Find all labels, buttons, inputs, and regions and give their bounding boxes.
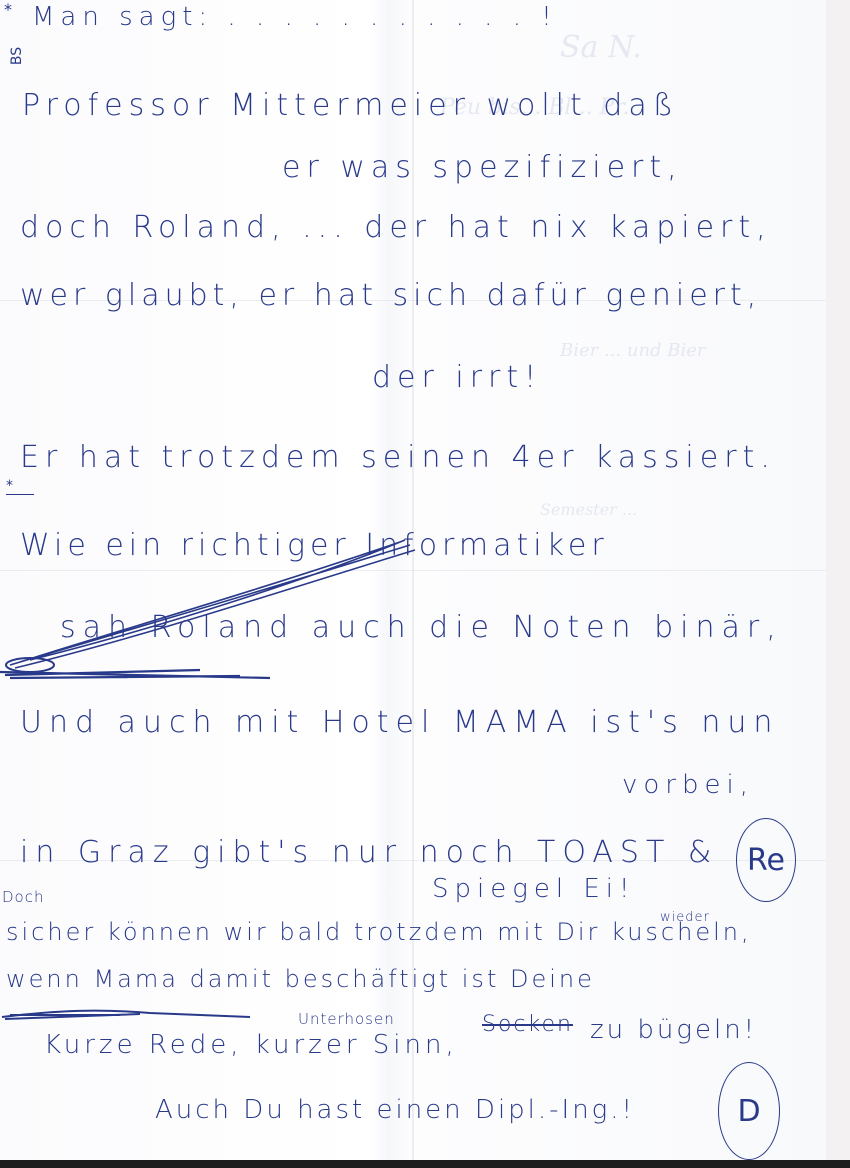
poem-line-7: Er hat trotzdem seinen 4er kassiert. bbox=[20, 440, 776, 475]
poem-line-15: wenn Mama damit beschäftigt ist Deine bbox=[6, 965, 595, 993]
show-through-text: Bier ... und Bier bbox=[560, 340, 706, 361]
asterisk-mark: * bbox=[4, 0, 12, 19]
poem-line-16-end: zu bügeln! bbox=[590, 1015, 757, 1045]
poem-line-2: Professor Mittermeier wollt daß bbox=[22, 88, 679, 123]
asterisk-mark: * bbox=[6, 478, 34, 495]
poem-line-3: er was spezifiziert, bbox=[282, 150, 683, 185]
crossout-scribble bbox=[0, 530, 640, 690]
poem-line-10: Und auch mit Hotel MAMA ist's nun bbox=[20, 705, 779, 740]
insertion-unterhosen: Unterhosen bbox=[298, 1010, 395, 1028]
poem-line-6: der irrt! bbox=[372, 360, 542, 395]
initials-mark: BS bbox=[9, 47, 25, 65]
scan-border bbox=[0, 1160, 850, 1168]
poem-line-14: sicher können wir bald trotzdem mit Dir … bbox=[6, 918, 752, 946]
poem-line-1: Man sagt: . . . . . . . . . . . ! bbox=[32, 2, 558, 32]
crossout-line bbox=[0, 1005, 260, 1025]
struck-word-socken: Socken bbox=[482, 1012, 573, 1037]
circled-d-mark: D bbox=[718, 1062, 780, 1160]
poem-line-12: in Graz gibt's nur noch TOAST & bbox=[20, 835, 718, 870]
poem-line-4: doch Roland, ... der hat nix kapiert, bbox=[20, 210, 772, 245]
scan-edge bbox=[826, 0, 850, 1160]
insertion-doch: Doch bbox=[2, 888, 44, 906]
show-through-text: Semester ... bbox=[540, 500, 637, 519]
show-through-text: Sa N. bbox=[560, 30, 642, 65]
scanned-paper: Sa N. Peu bis... Bl... Pr... Bier ... un… bbox=[0, 0, 826, 1160]
poem-line-13: Spiegel Ei! bbox=[432, 874, 635, 904]
circled-re-mark: Re bbox=[736, 818, 796, 902]
poem-line-18: Auch Du hast einen Dipl.-Ing.! bbox=[155, 1095, 635, 1125]
poem-line-11: vorbei, bbox=[622, 770, 754, 800]
poem-line-5: wer glaubt, er hat sich dafür geniert, bbox=[20, 278, 761, 313]
poem-line-17: Kurze Rede, kurzer Sinn, bbox=[44, 1030, 458, 1060]
